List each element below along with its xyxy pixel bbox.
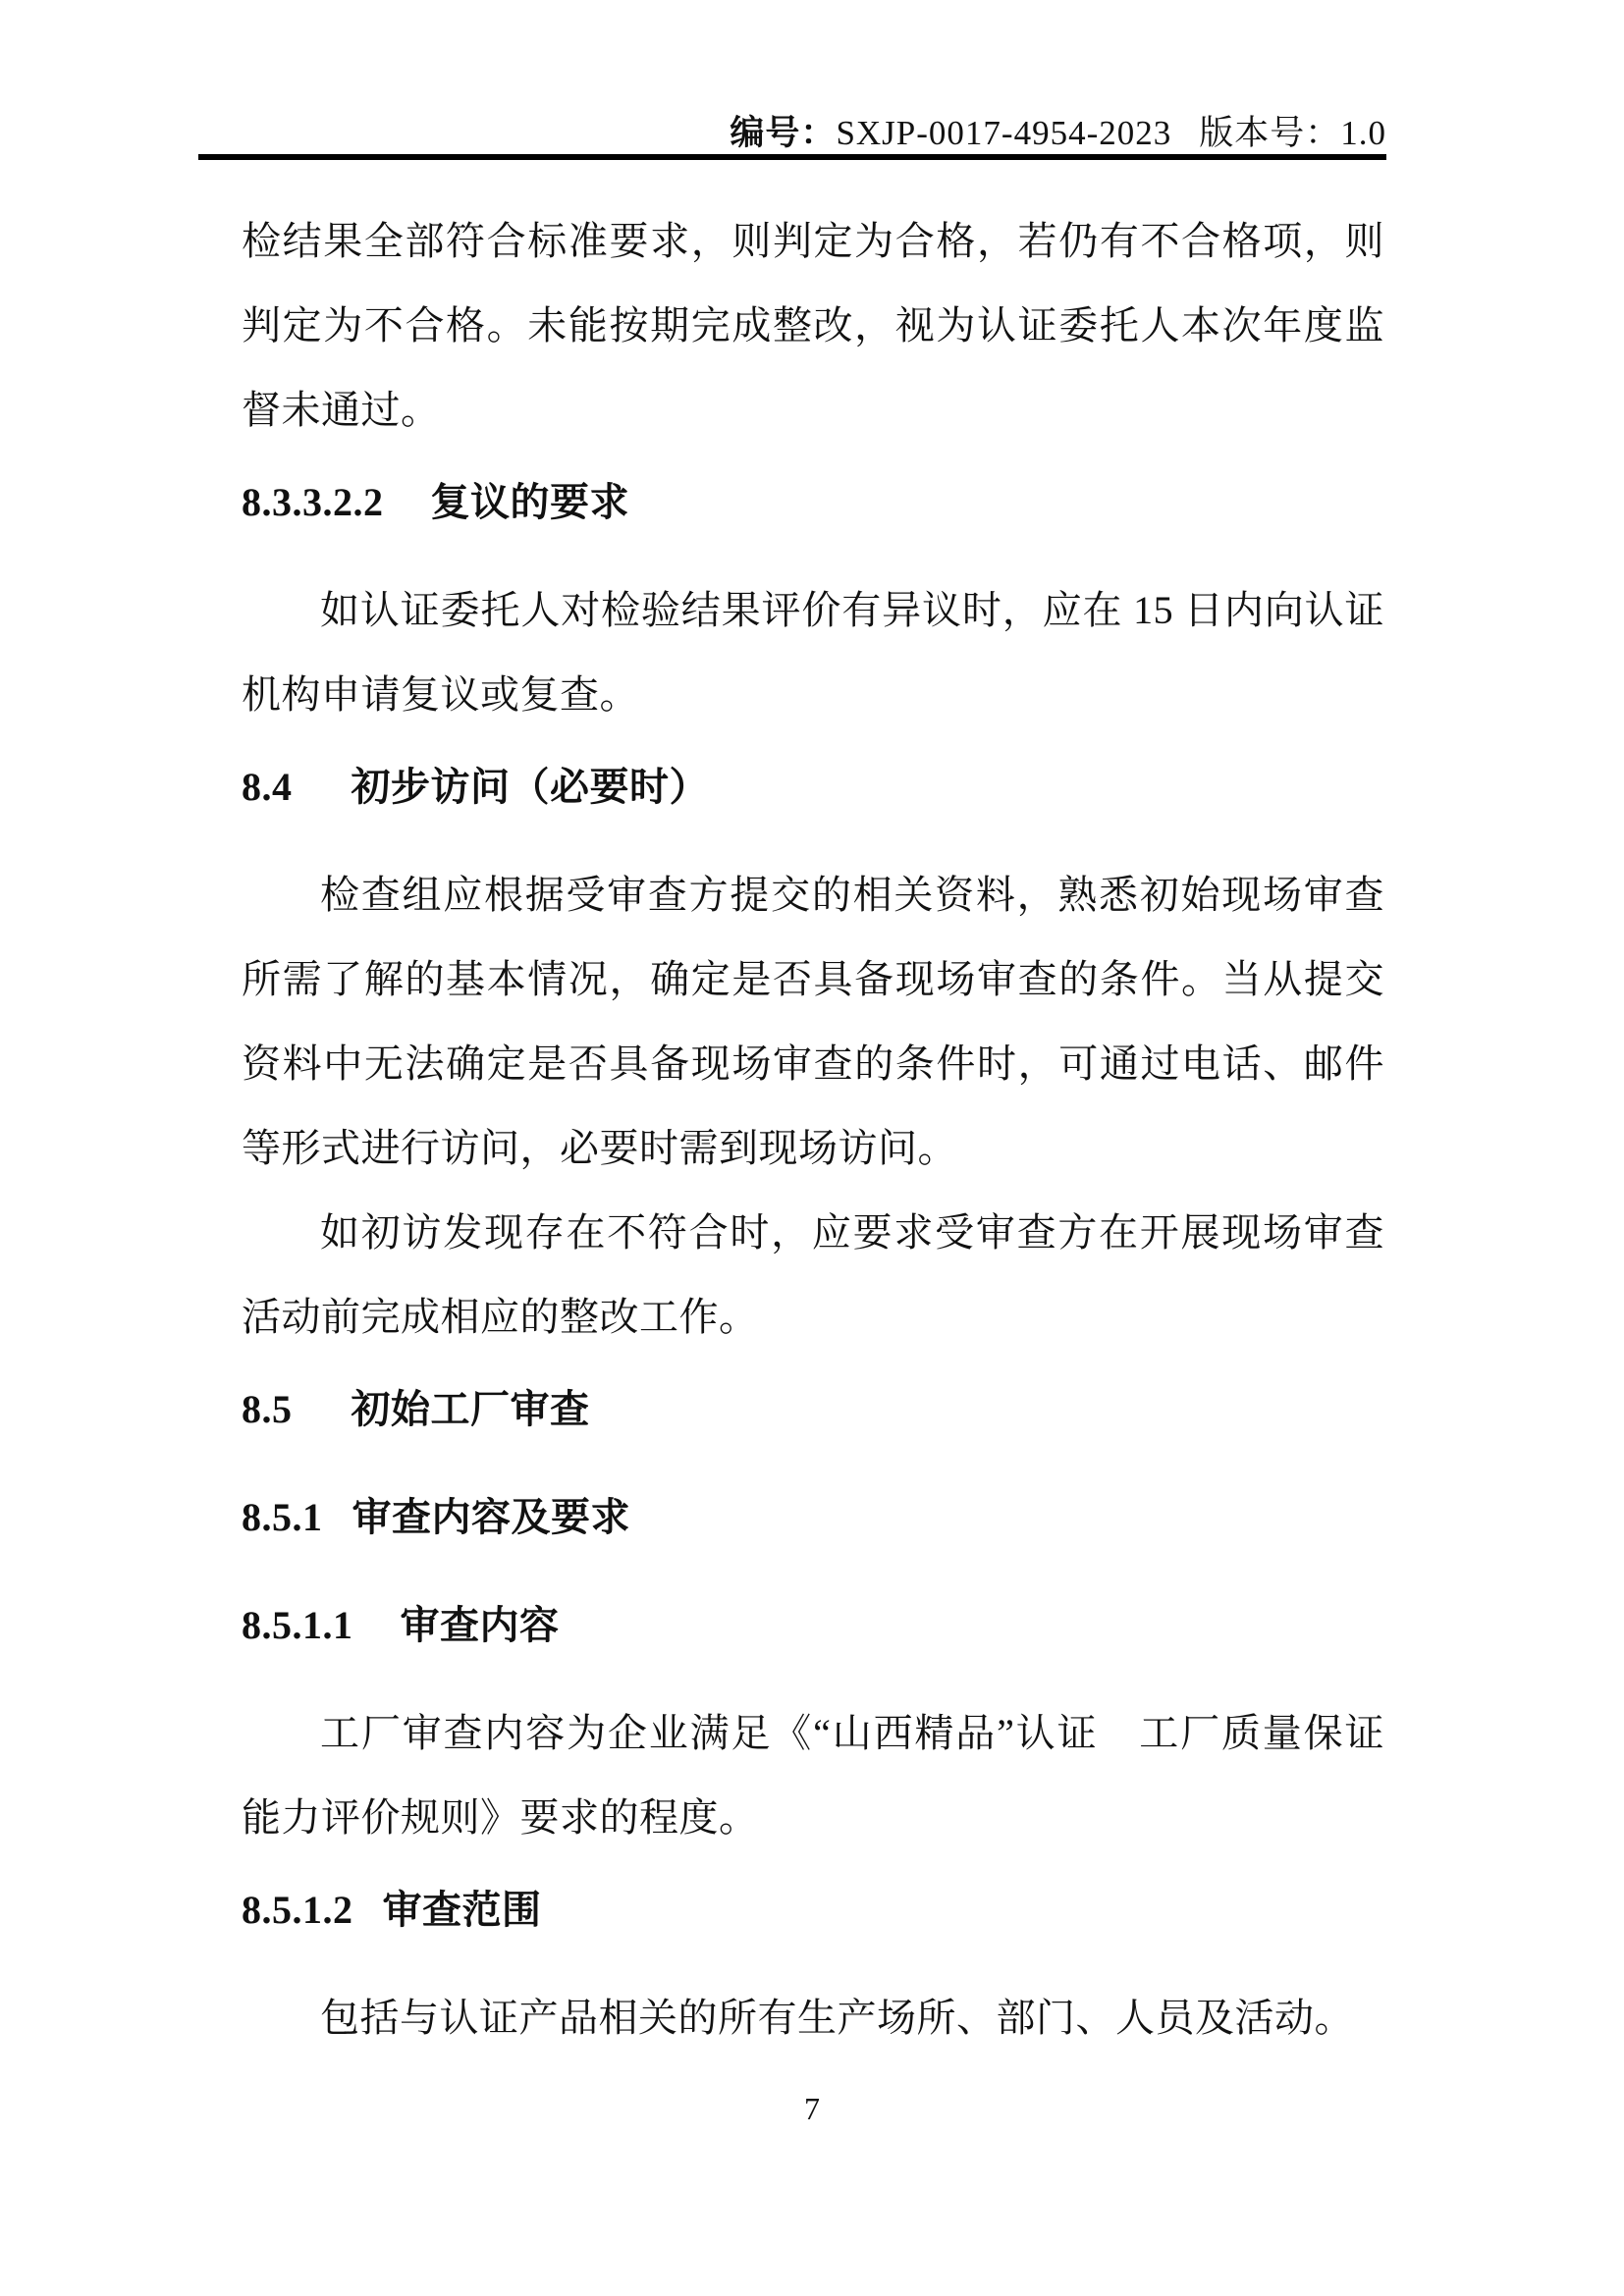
heading-number: 8.4 — [242, 745, 293, 829]
heading-title: 初始工厂审查 — [352, 1387, 590, 1431]
heading-number: 8.5.1 — [242, 1475, 323, 1560]
paragraph-preliminary-visit-1: 检查组应根据受审查方提交的相关资料，熟悉初始现场审查所需了解的基本情况，确定是否… — [242, 853, 1384, 1191]
page-number: 7 — [804, 2091, 820, 2126]
section-heading-8-5-1-1: 8.5.1.1审查内容 — [242, 1583, 1384, 1668]
paragraph-continuation: 检结果全部符合标准要求，则判定为合格，若仍有不合格项，则判定为不合格。未能按期完… — [242, 199, 1384, 453]
heading-title: 初步访问（必要时） — [352, 765, 710, 809]
doc-version-label: 版本号： — [1199, 114, 1340, 152]
doc-number-label: 编号： — [730, 114, 836, 152]
section-heading-8-5-1: 8.5.1审查内容及要求 — [242, 1475, 1384, 1560]
header-rule — [198, 154, 1386, 160]
page-footer: 7 — [0, 2089, 1624, 2128]
section-heading-8-3-3-2-2: 8.3.3.2.2复议的要求 — [242, 460, 1384, 545]
heading-title: 审查内容 — [401, 1603, 560, 1647]
header-meta: 编号：SXJP-0017-4954-2023版本号：1.0 — [730, 114, 1386, 153]
doc-version-value: 1.0 — [1340, 114, 1386, 152]
heading-title: 审查内容及要求 — [352, 1495, 631, 1539]
section-heading-8-5-1-2: 8.5.1.2审查范围 — [242, 1868, 1384, 1952]
section-heading-8-4: 8.4初步访问（必要时） — [242, 745, 1384, 829]
heading-number: 8.5.1.1 — [242, 1583, 353, 1668]
heading-number: 8.5.1.2 — [242, 1868, 353, 1952]
heading-title: 审查范围 — [383, 1888, 542, 1932]
document-content: 检结果全部符合标准要求，则判定为合格，若仍有不合格项，则判定为不合格。未能按期完… — [242, 199, 1384, 2060]
document-page: 编号：SXJP-0017-4954-2023版本号：1.0 检结果全部符合标准要… — [0, 0, 1624, 2296]
doc-number-value: SXJP-0017-4954-2023 — [836, 114, 1171, 152]
heading-number: 8.3.3.2.2 — [242, 460, 384, 545]
paragraph-review-request: 如认证委托人对检验结果评价有异议时，应在 15 日内向认证机构申请复议或复查。 — [242, 568, 1384, 737]
paragraph-audit-content: 工厂审查内容为企业满足《“山西精品”认证 工厂质量保证能力评价规则》要求的程度。 — [242, 1691, 1384, 1860]
section-heading-8-5: 8.5初始工厂审查 — [242, 1367, 1384, 1452]
paragraph-audit-scope: 包括与认证产品相关的所有生产场所、部门、人员及活动。 — [242, 1976, 1384, 2060]
heading-number: 8.5 — [242, 1367, 293, 1452]
heading-title: 复议的要求 — [431, 480, 630, 524]
paragraph-preliminary-visit-2: 如初访发现存在不符合时，应要求受审查方在开展现场审查活动前完成相应的整改工作。 — [242, 1191, 1384, 1360]
